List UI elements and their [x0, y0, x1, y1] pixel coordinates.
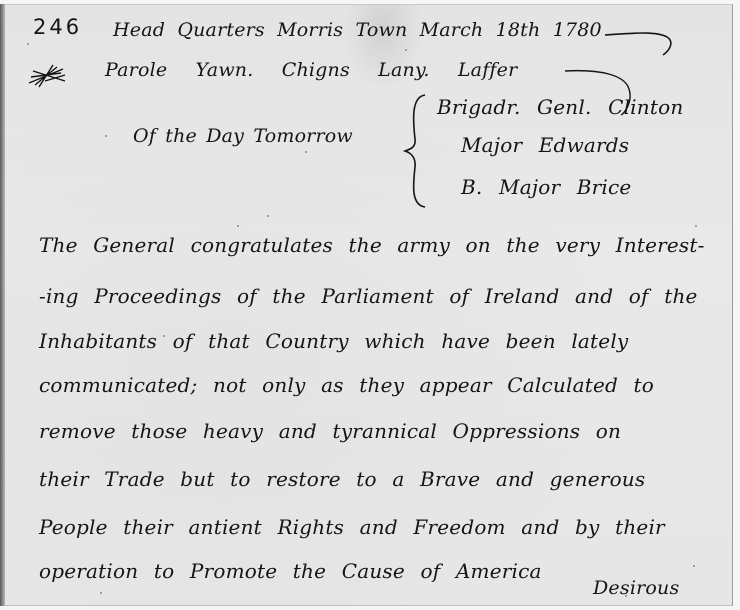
curly-brace	[403, 91, 431, 211]
body-text-line: The General congratulates the army on th…	[39, 233, 705, 257]
body-text-line: their Trade but to restore to a Brave an…	[39, 467, 645, 491]
catchword-desirous: Desirous	[593, 577, 679, 599]
manuscript-page: 246 Head Quarters Morris Town March 18th…	[5, 4, 733, 606]
heading-flourish-stroke	[605, 29, 685, 57]
countersign-1: Chigns Lany.	[282, 59, 430, 81]
page-number: 246	[33, 15, 82, 39]
parole-word: Parole Yawn.	[105, 59, 253, 81]
body-text-line: -ing Proceedings of the Parliament of Ir…	[39, 284, 698, 308]
officers-of-the-day-label: Of the Day Tomorrow	[133, 125, 353, 147]
officer-entry: Major Edwards	[461, 133, 629, 157]
struck-out-mark	[27, 63, 67, 89]
scan-frame: 246 Head Quarters Morris Town March 18th…	[0, 0, 740, 610]
body-text-line: communicated; not only as they appear Ca…	[39, 373, 654, 397]
parole-and-countersigns: Parole Yawn. Chigns Lany. Laffer	[105, 59, 517, 81]
officer-entry: B. Major Brice	[461, 175, 631, 199]
dateline-heading: Head Quarters Morris Town March 18th 178…	[113, 19, 602, 41]
body-text-line: remove those heavy and tyrannical Oppres…	[39, 419, 621, 443]
body-text-line: Inhabitants of that Country which have b…	[39, 329, 628, 353]
countersign-2: Laffer	[458, 59, 518, 81]
body-text-line: operation to Promote the Cause of Americ…	[39, 559, 542, 583]
body-text-line: People their antient Rights and Freedom …	[39, 515, 665, 539]
officer-entry: Brigadr. Genl. Clinton	[437, 95, 683, 119]
